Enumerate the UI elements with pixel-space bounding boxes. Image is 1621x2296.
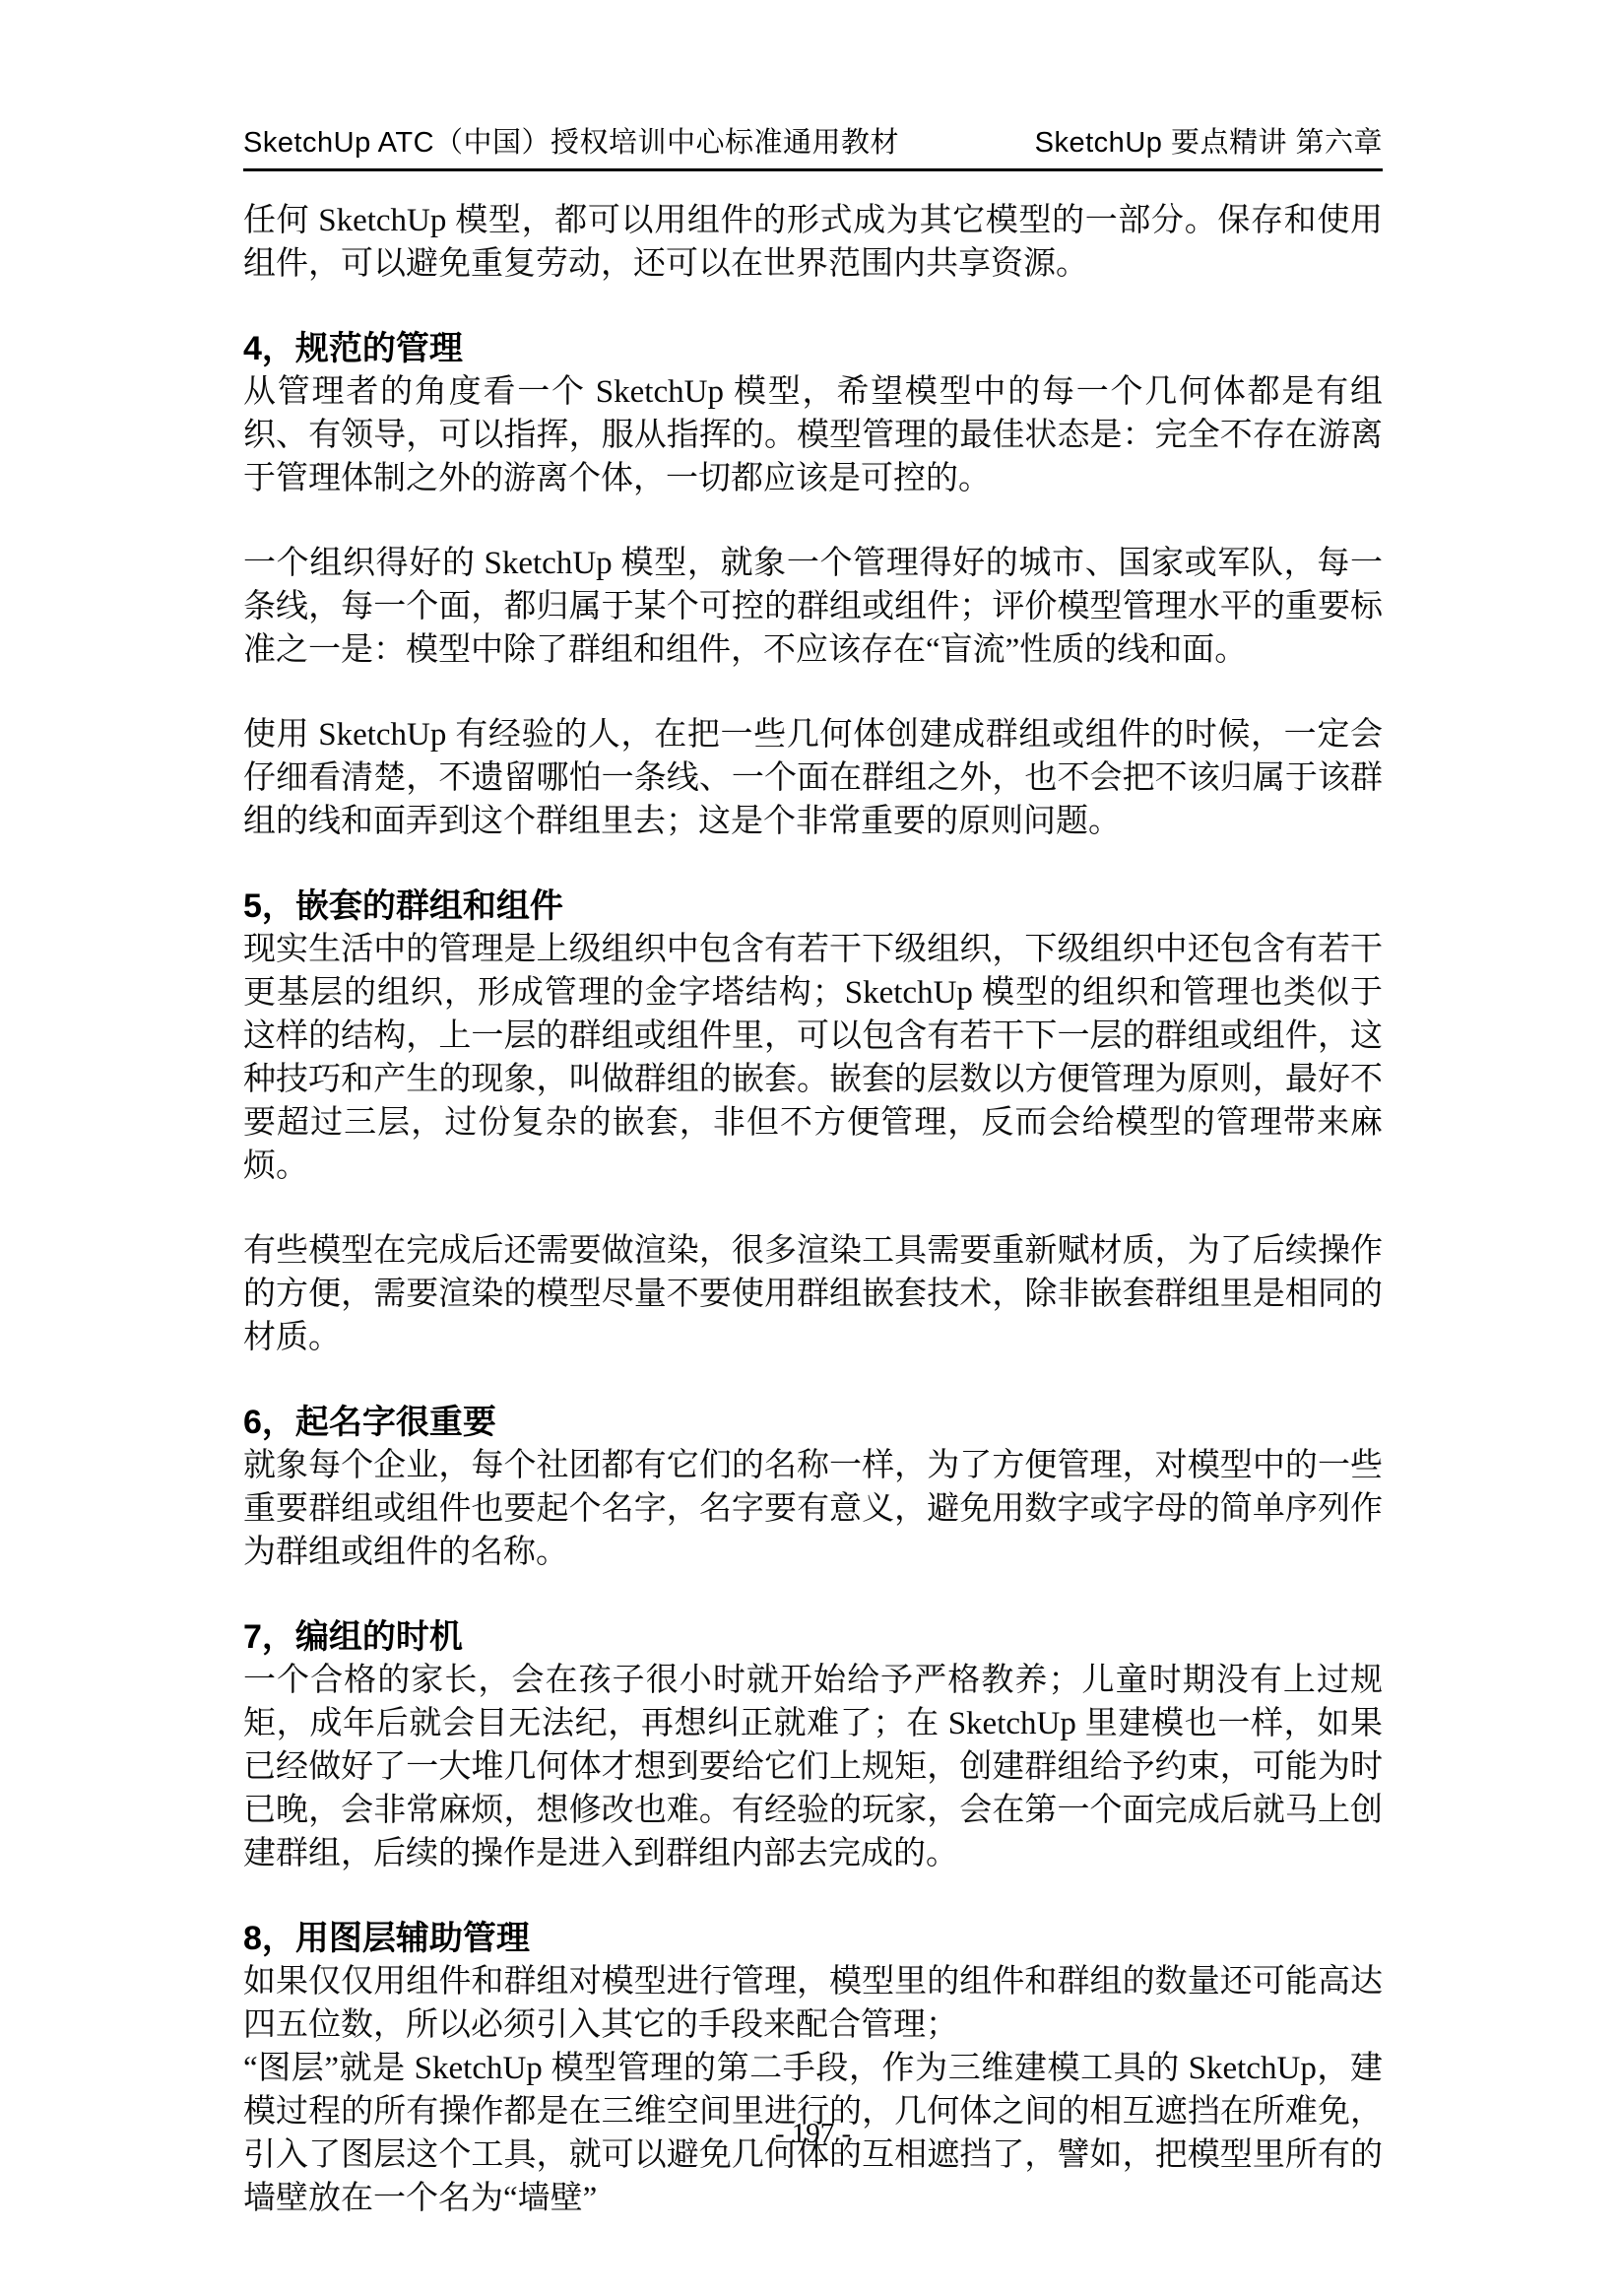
page-header: SketchUp ATC（中国）授权培训中心标准通用教材 SketchUp 要点… xyxy=(243,124,1383,171)
section-4-paragraph-3: 使用 SketchUp 有经验的人，在把一些几何体创建成群组或组件的时候，一定会… xyxy=(243,713,1383,843)
document-page: SketchUp ATC（中国）授权培训中心标准通用教材 SketchUp 要点… xyxy=(0,0,1621,2296)
section-8-paragraph-1: 如果仅仅用组件和群组对模型进行管理，模型里的组件和群组的数量还可能高达四五位数，… xyxy=(243,1960,1383,2047)
section-5-paragraph-1: 现实生活中的管理是上级组织中包含有若干下级组织，下级组织中还包含有若干更基层的组… xyxy=(243,928,1383,1188)
header-title-left: SketchUp ATC（中国）授权培训中心标准通用教材 xyxy=(243,124,899,162)
section-4-paragraph-1: 从管理者的角度看一个 SketchUp 模型，希望模型中的每一个几何体都是有组织… xyxy=(243,370,1383,500)
page-number: - 197 - xyxy=(775,2118,851,2149)
section-4-paragraph-2: 一个组织得好的 SketchUp 模型，就象一个管理得好的城市、国家或军队，每一… xyxy=(243,542,1383,672)
section-heading-7: 7，编组的时机 xyxy=(243,1615,1383,1659)
page-body: 任何 SketchUp 模型，都可以用组件的形式成为其它模型的一部分。保存和使用… xyxy=(243,199,1383,2220)
section-5-paragraph-2: 有些模型在完成后还需要做渲染，很多渲染工具需要重新赋材质，为了后续操作的方便，需… xyxy=(243,1229,1383,1359)
section-6-paragraph-1: 就象每个企业，每个社团都有它们的名称一样，为了方便管理，对模型中的一些重要群组或… xyxy=(243,1444,1383,1574)
section-heading-4: 4，规范的管理 xyxy=(243,327,1383,370)
intro-paragraph: 任何 SketchUp 模型，都可以用组件的形式成为其它模型的一部分。保存和使用… xyxy=(243,199,1383,286)
section-7-paragraph-1: 一个合格的家长，会在孩子很小时就开始给予严格教养；儿童时期没有上过规矩，成年后就… xyxy=(243,1659,1383,1875)
page-footer: - 197 - xyxy=(243,2116,1383,2151)
section-heading-5: 5，嵌套的群组和组件 xyxy=(243,885,1383,928)
section-heading-6: 6，起名字很重要 xyxy=(243,1401,1383,1444)
header-title-right: SketchUp 要点精讲 第六章 xyxy=(1035,124,1383,162)
section-heading-8: 8，用图层辅助管理 xyxy=(243,1917,1383,1960)
